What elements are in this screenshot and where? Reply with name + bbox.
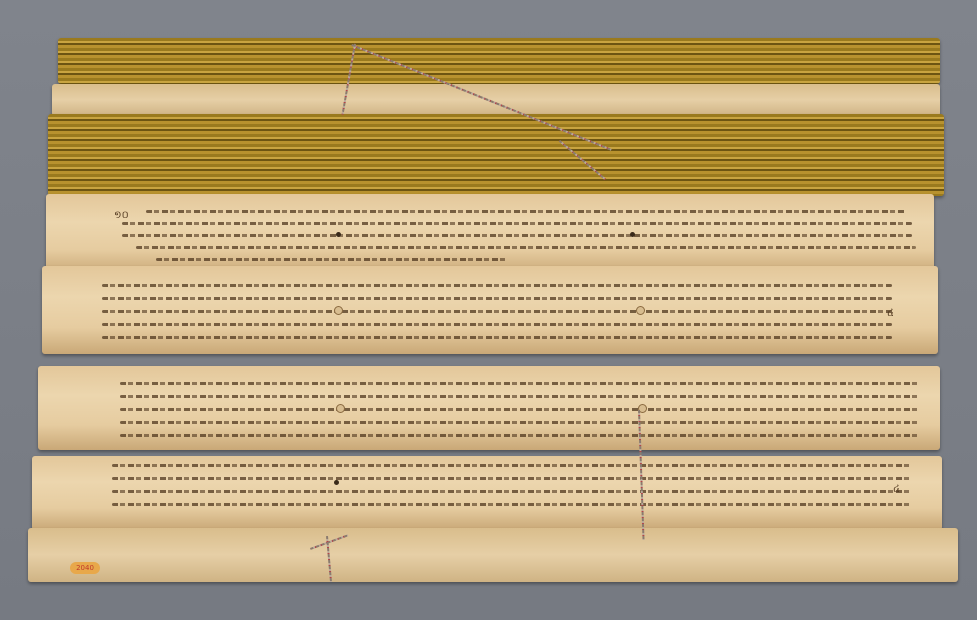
text-line — [102, 284, 892, 287]
text-line — [146, 210, 906, 213]
page-marker: ១០ — [114, 208, 129, 223]
photograph: ១០ ៤ ៤ 2040 — [0, 0, 977, 620]
binding-hole — [334, 480, 339, 485]
catalog-label: 2040 — [70, 562, 100, 574]
gilt-leaf-bundle-middle — [48, 114, 944, 196]
text-line — [112, 464, 912, 467]
text-line — [102, 297, 892, 300]
text-line — [136, 246, 916, 249]
manuscript-leaf-1: ១០ — [46, 194, 934, 274]
page-marker: ៤ — [887, 306, 894, 321]
text-line — [112, 503, 912, 506]
binding-hole — [336, 404, 345, 413]
plain-leaf-edge — [52, 84, 940, 116]
manuscript-leaf-2: ៤ — [42, 266, 938, 354]
text-line — [120, 421, 920, 424]
text-line — [102, 323, 892, 326]
page-marker: ៤ — [893, 482, 900, 497]
text-line — [120, 382, 920, 385]
manuscript-leaf-4: ៤ — [32, 456, 942, 530]
text-line — [122, 234, 912, 237]
binding-hole — [336, 232, 341, 237]
text-line — [156, 258, 506, 261]
text-line — [112, 490, 912, 493]
text-line — [122, 222, 912, 225]
text-line — [112, 477, 912, 480]
text-line — [102, 336, 892, 339]
plain-leaf-bundle-bottom — [28, 528, 958, 582]
gilt-leaf-bundle-top — [58, 38, 940, 84]
manuscript-leaf-3 — [38, 366, 940, 450]
binding-hole — [636, 306, 645, 315]
binding-hole — [630, 232, 635, 237]
binding-hole — [334, 306, 343, 315]
text-line — [120, 434, 920, 437]
text-line — [120, 408, 920, 411]
text-line — [120, 395, 920, 398]
text-line — [102, 310, 892, 313]
